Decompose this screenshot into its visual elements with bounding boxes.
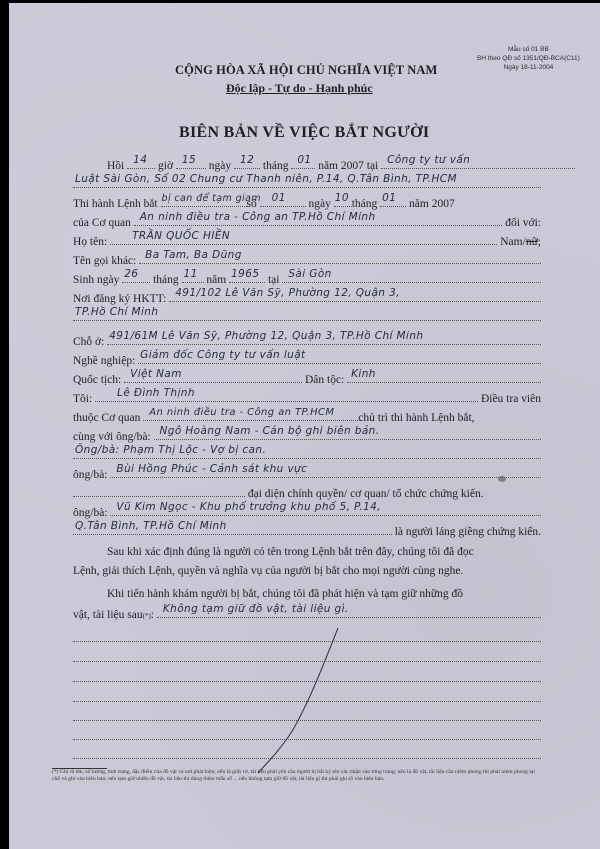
footnote: (*) Ghi rõ tên, số lượng, tình trạng, đặ…	[52, 769, 542, 783]
pen-cancel-stroke	[9, 3, 600, 849]
scanned-document-page: Mẫu số 01 BB BH theo QĐ số 1351/QĐ-BCA(C…	[9, 3, 600, 849]
